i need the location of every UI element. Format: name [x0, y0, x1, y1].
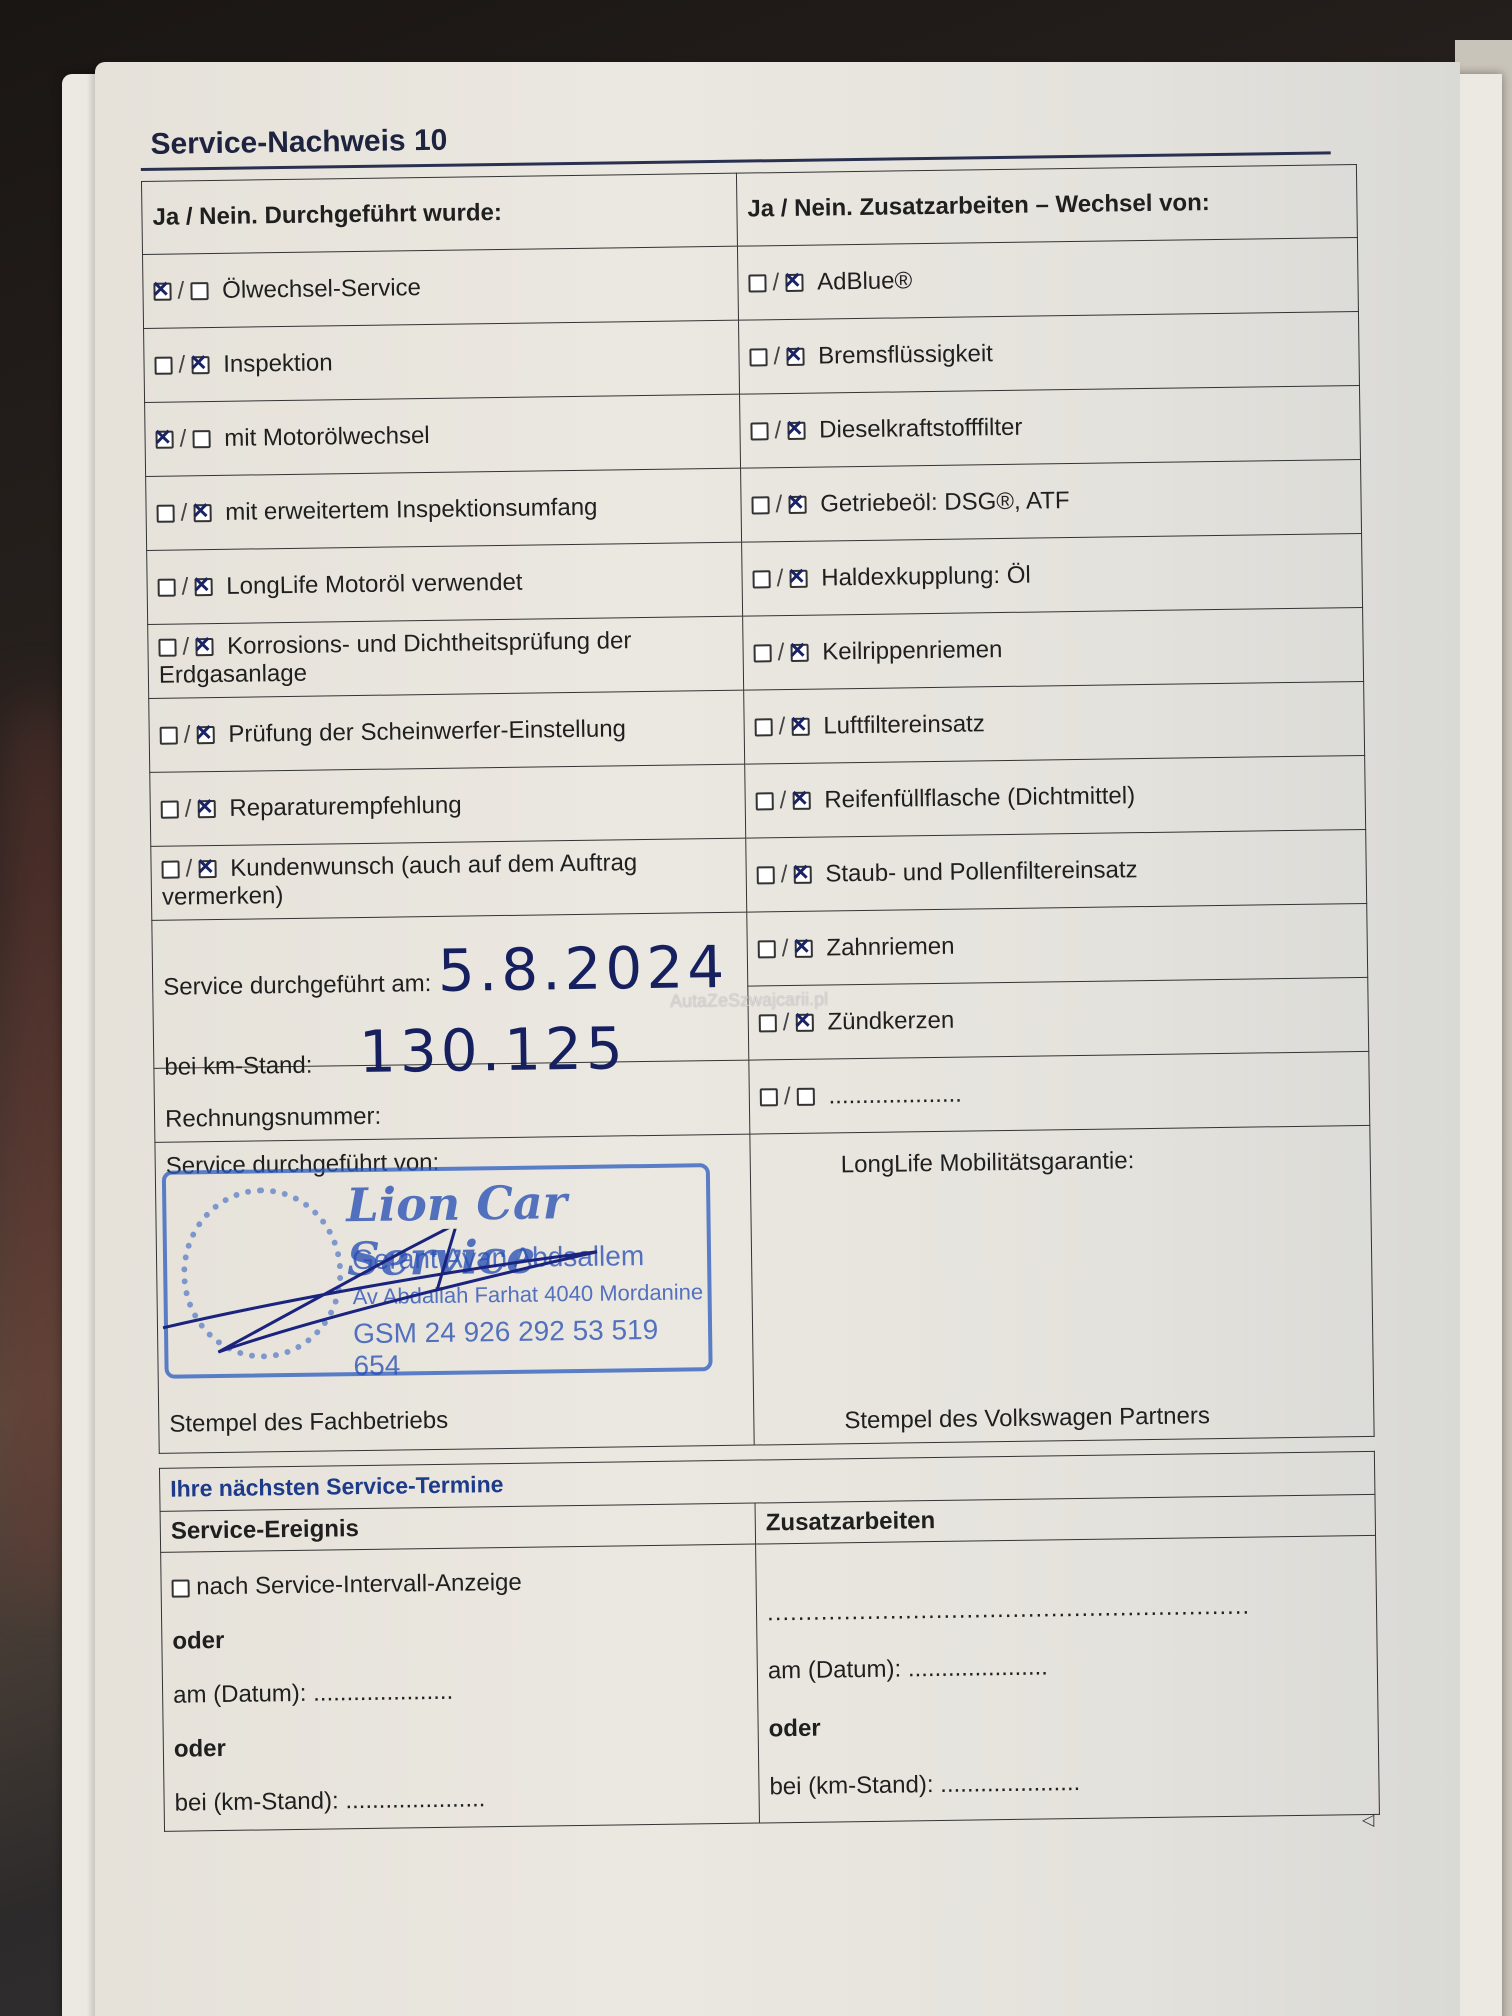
right-nein-checkbox-8[interactable]: [793, 866, 811, 884]
left-nein-checkbox-4[interactable]: [194, 578, 212, 596]
right-nein-checkbox-12[interactable]: [796, 1088, 814, 1106]
left-item-label: Inspektion: [223, 349, 333, 378]
right-ja-checkbox-12[interactable]: [760, 1088, 778, 1106]
right-item: /....................: [749, 1051, 1370, 1134]
left-item: /Ölwechsel-Service: [143, 246, 739, 328]
right-item-label: Reifenfüllflasche (Dichtmittel): [824, 782, 1135, 813]
interval-checkbox[interactable]: [172, 1579, 190, 1597]
right-ja-checkbox-1[interactable]: [749, 348, 767, 366]
signature: [157, 1225, 699, 1363]
next-service-table: Ihre nächsten Service-Termine Service-Er…: [159, 1451, 1380, 1832]
longlife-label: LongLife Mobilitätsgarantie:: [841, 1147, 1135, 1179]
right-item: /Getriebeöl: DSG®, ATF: [741, 459, 1362, 542]
right-item-label: Zündkerzen: [827, 1006, 954, 1035]
right-item-label: ....................: [828, 1080, 962, 1109]
right-ja-checkbox-0[interactable]: [748, 274, 766, 292]
left-item: /LongLife Motoröl verwendet: [147, 542, 743, 624]
right-nein-checkbox-3[interactable]: [788, 496, 806, 514]
right-item: /Zahnriemen: [747, 903, 1368, 986]
km-value: 130.125: [358, 1014, 627, 1086]
left-ja-checkbox-8[interactable]: [161, 861, 179, 879]
service-record-form: Service-Nachweis 10 Ja / Nein. Durchgefü…: [140, 93, 1379, 1832]
page-arrow-icon: ◁: [1362, 1810, 1374, 1830]
right-ja-checkbox-10[interactable]: [759, 1014, 777, 1032]
right-nein-checkbox-0[interactable]: [785, 274, 803, 292]
watermark: AutaZeSzwajcarii.pl: [670, 989, 828, 1012]
or-label: oder: [174, 1715, 749, 1777]
right-ja-checkbox-9[interactable]: [758, 940, 776, 958]
right-ja-checkbox-3[interactable]: [751, 496, 769, 514]
left-item: /Reparaturempfehlung: [150, 764, 746, 846]
left-item-label: Prüfung der Scheinwerfer-Einstellung: [228, 715, 626, 748]
vw-stamp-cell: LongLife Mobilitätsgarantie:Stempel des …: [750, 1125, 1374, 1445]
right-nein-checkbox-9[interactable]: [794, 940, 812, 958]
right-ja-checkbox-4[interactable]: [752, 570, 770, 588]
left-item-label: mit erweitertem Inspektionsumfang: [225, 493, 597, 525]
left-item: /Prüfung der Scheinwerfer-Einstellung: [149, 690, 745, 772]
right-item-label: Keilrippenriemen: [822, 636, 1002, 666]
left-item-label: Reparaturempfehlung: [229, 791, 462, 821]
right-item-label: AdBlue®: [817, 267, 912, 295]
left-ja-checkbox-4[interactable]: [158, 579, 176, 597]
left-ja-checkbox-1[interactable]: [154, 357, 172, 375]
left-header: Ja / Nein. Durchgeführt wurde:: [141, 173, 737, 254]
extra-date-field[interactable]: am (Datum): .....................: [767, 1634, 1367, 1700]
left-nein-checkbox-1[interactable]: [191, 356, 209, 374]
right-nein-checkbox-6[interactable]: [791, 718, 809, 736]
right-nein-checkbox-4[interactable]: [789, 570, 807, 588]
left-item-label: Ölwechsel-Service: [222, 274, 421, 304]
or-label: oder: [172, 1607, 747, 1669]
right-item: /Keilrippenriemen: [743, 607, 1364, 690]
extra-km-field[interactable]: bei (km-Stand): .....................: [769, 1750, 1369, 1816]
right-item-label: Haldexkupplung: Öl: [821, 561, 1031, 591]
right-ja-checkbox-7[interactable]: [756, 792, 774, 810]
left-item: /Inspektion: [144, 320, 740, 402]
right-item: /Reifenfüllflasche (Dichtmittel): [745, 755, 1366, 838]
next-km-field[interactable]: bei (km-Stand): .....................: [174, 1769, 749, 1831]
left-item: /Korrosions- und Dichtheitsprüfung der E…: [148, 616, 744, 698]
or-label: oder: [768, 1692, 1368, 1758]
next-service-title: Ihre nächsten Service-Termine: [170, 1471, 504, 1502]
right-item-label: Zahnriemen: [826, 932, 954, 961]
right-item-label: Dieselkraftstofffilter: [819, 413, 1023, 443]
left-nein-checkbox-8[interactable]: [198, 860, 216, 878]
left-ja-checkbox-7[interactable]: [161, 801, 179, 819]
left-nein-checkbox-5[interactable]: [195, 638, 213, 656]
right-header: Ja / Nein. Zusatzarbeiten – Wechsel von:: [736, 165, 1357, 247]
right-item: /Staub- und Pollenfiltereinsatz: [746, 829, 1367, 912]
left-ja-checkbox-5[interactable]: [158, 639, 176, 657]
left-nein-checkbox-2[interactable]: [192, 430, 210, 448]
right-item-label: Staub- und Pollenfiltereinsatz: [825, 856, 1138, 887]
right-ja-checkbox-8[interactable]: [757, 866, 775, 884]
right-nein-checkbox-7[interactable]: [792, 792, 810, 810]
km-label: bei km-Stand:: [164, 1052, 312, 1081]
right-nein-checkbox-1[interactable]: [786, 348, 804, 366]
left-item-label: LongLife Motoröl verwendet: [226, 568, 523, 599]
service-table: Ja / Nein. Durchgeführt wurde:Ja / Nein.…: [141, 164, 1375, 1454]
left-item-label: Kundenwunsch (auch auf dem Auftrag verme…: [162, 849, 638, 911]
right-item: /Luftfiltereinsatz: [744, 681, 1365, 764]
left-nein-checkbox-0[interactable]: [190, 282, 208, 300]
service-date-cell: Service durchgeführt am: 5.8.2024bei km-…: [152, 912, 749, 1068]
interval-option: nach Service-Intervall-Anzeige: [196, 1569, 522, 1601]
right-item: /Zündkerzen: [748, 977, 1369, 1060]
right-item: /Haldexkupplung: Öl: [742, 533, 1363, 616]
left-item-label: mit Motorölwechsel: [224, 421, 430, 451]
left-ja-checkbox-0[interactable]: [153, 283, 171, 301]
right-item: /Bremsflüssigkeit: [738, 312, 1359, 395]
vw-stamp-label: Stempel des Volkswagen Partners: [844, 1402, 1210, 1435]
left-ja-checkbox-6[interactable]: [160, 727, 178, 745]
right-item: /AdBlue®: [737, 238, 1358, 321]
invoice-label: Rechnungsnummer:: [165, 1103, 381, 1133]
left-ja-checkbox-2[interactable]: [155, 431, 173, 449]
workshop-stamp-label: Stempel des Fachbetriebs: [169, 1407, 448, 1439]
left-nein-checkbox-7[interactable]: [197, 800, 215, 818]
extra-work-field[interactable]: ........................................…: [767, 1576, 1367, 1642]
next-date-field[interactable]: am (Datum): .....................: [173, 1661, 748, 1723]
right-nein-checkbox-2[interactable]: [787, 422, 805, 440]
right-item-label: Getriebeöl: DSG®, ATF: [820, 487, 1070, 517]
workshop-stamp-cell: Service durchgeführt von:Lion Car Servic…: [155, 1134, 754, 1453]
right-ja-checkbox-6[interactable]: [755, 718, 773, 736]
right-nein-checkbox-10[interactable]: [795, 1014, 813, 1032]
right-ja-checkbox-2[interactable]: [750, 422, 768, 440]
right-nein-checkbox-5[interactable]: [790, 644, 808, 662]
left-nein-checkbox-3[interactable]: [193, 504, 211, 522]
right-ja-checkbox-5[interactable]: [754, 644, 772, 662]
right-item-label: Luftfiltereinsatz: [823, 710, 985, 739]
left-ja-checkbox-3[interactable]: [157, 505, 175, 523]
left-item: /mit erweitertem Inspektionsumfang: [146, 468, 742, 550]
left-item-label: Korrosions- und Dichtheitsprüfung der Er…: [159, 627, 632, 689]
left-item: /mit Motorölwechsel: [145, 394, 741, 476]
service-date-label: Service durchgeführt am:: [163, 970, 431, 1001]
left-item: /Kundenwunsch (auch auf dem Auftrag verm…: [151, 838, 747, 920]
left-nein-checkbox-6[interactable]: [196, 726, 214, 744]
right-item: /Dieselkraftstofffilter: [740, 386, 1361, 469]
right-item-label: Bremsflüssigkeit: [818, 340, 993, 369]
